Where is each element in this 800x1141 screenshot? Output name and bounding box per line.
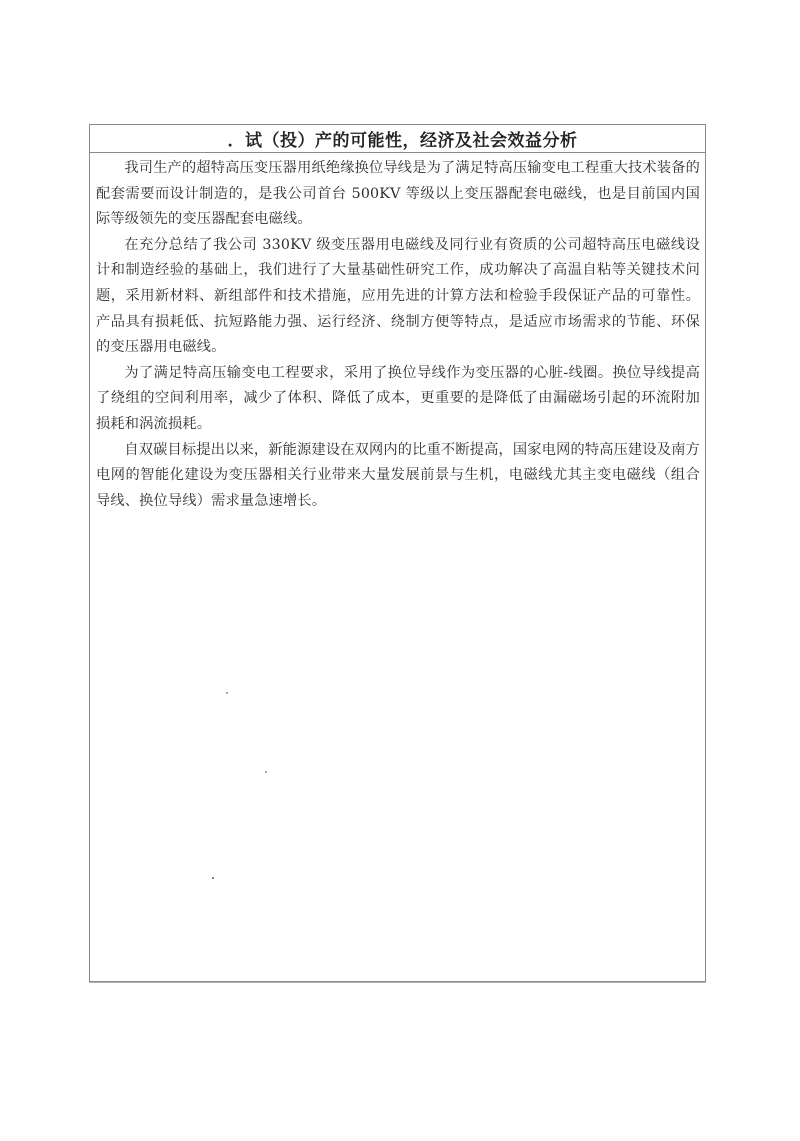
scan-speck: [226, 692, 228, 694]
paragraph-product-intro: 我司生产的超特高压变压器用纸绝缘换位导线是为了满足特高压输变电工程重大技术装备的…: [96, 156, 700, 233]
scan-speck: [212, 877, 214, 879]
table-header-row: ．试（投）产的可能性，经济及社会效益分析: [90, 125, 705, 153]
paragraph-transposed-conductor: 为了满足特高压输变电工程要求，采用了换位导线作为变压器的心脏-线圈。换位导线提高…: [96, 361, 700, 438]
table-body-cell: 我司生产的超特高压变压器用纸绝缘换位导线是为了满足特高压输变电工程重大技术装备的…: [90, 153, 705, 514]
section-title: ．试（投）产的可能性，经济及社会效益分析: [218, 126, 578, 151]
scan-speck: [265, 771, 267, 773]
analysis-table: ．试（投）产的可能性，经济及社会效益分析 我司生产的超特高压变压器用纸绝缘换位导…: [89, 124, 706, 982]
paragraph-technical-basis: 在充分总结了我公司 330KV 级变压器用电磁线及同行业有资质的公司超特高压电磁…: [96, 233, 700, 361]
paragraph-market-outlook: 自双碳目标提出以来，新能源建设在双网内的比重不断提高，国家电网的特高压建设及南方…: [96, 438, 700, 515]
